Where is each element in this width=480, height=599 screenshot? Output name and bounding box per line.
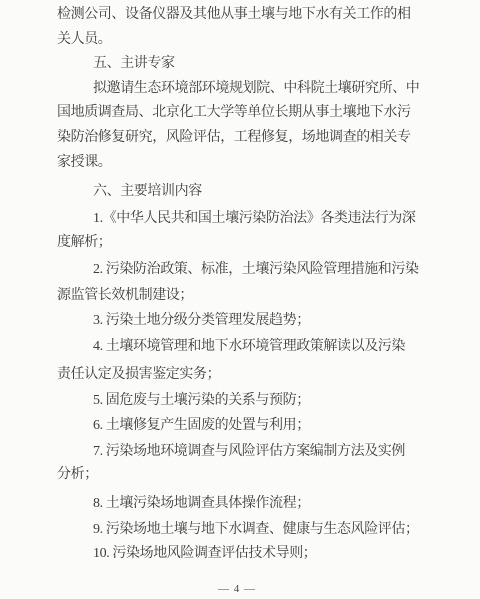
text-line: 分析； xyxy=(57,467,98,483)
text-line: 拟邀请生态环境部环境规划院、中科院土壤研究所、中 xyxy=(93,81,419,97)
list-item-8: 8. 土壤污染场地调查具体操作流程； xyxy=(93,496,310,512)
text-line: 检测公司、设备仪器及其他从事土壤与地下水有关工作的相 xyxy=(57,7,411,23)
list-item-5: 5. 固危废与土壤污染的关系与预防； xyxy=(93,393,310,409)
list-item-3: 3. 污染土地分级分类管理发展趋势； xyxy=(93,313,310,329)
section-heading-5: 五、主讲专家 xyxy=(93,56,175,72)
list-item-6: 6. 土壤修复产生固废的处置与利用； xyxy=(93,418,310,434)
text-line: 责任认定及损害鉴定实务； xyxy=(57,367,220,383)
section-heading-6: 六、主要培训内容 xyxy=(93,184,202,200)
list-item-4: 4. 土壤环境管理和地下水环境管理政策解读以及污染 xyxy=(93,339,405,355)
text-line: 源监管长效机制建设； xyxy=(57,288,193,304)
page-number: — 4 — xyxy=(0,583,474,595)
text-line: 家授课。 xyxy=(57,155,111,171)
list-item-2: 2. 污染防治政策、标准，土壤污染风险管理措施和污染 xyxy=(93,262,419,278)
text-line: 关人员。 xyxy=(57,32,111,48)
list-item-10: 10. 污染场地风险调查评估技术导则； xyxy=(93,546,316,562)
list-item-7: 7. 污染场地环境调查与风险评估方案编制方法及实例 xyxy=(93,444,405,460)
text-line: 染防治修复研究，风险评估，工程修复，场地调查的相关专 xyxy=(57,130,411,146)
text-line: 国地质调查局、北京化工大学等单位长期从事土壤地下水污 xyxy=(57,105,411,121)
scanned-document-page: 检测公司、设备仪器及其他从事土壤与地下水有关工作的相 关人员。 五、主讲专家 拟… xyxy=(0,0,480,599)
text-line: 度解析； xyxy=(57,235,111,251)
list-item-1: 1.《中华人民共和国土壤污染防治法》各类违法行为深 xyxy=(93,211,416,227)
list-item-9: 9. 污染场地土壤与地下水调查、健康与生态风险评估； xyxy=(93,522,419,538)
